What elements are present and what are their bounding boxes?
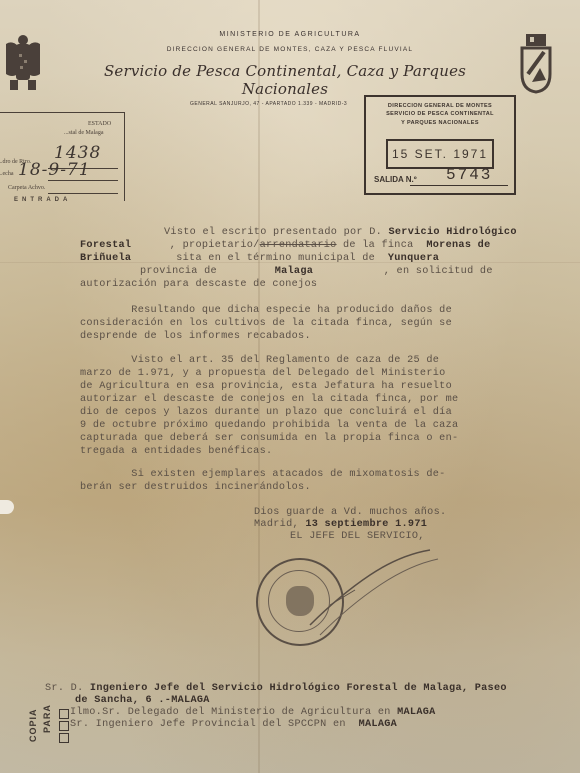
body-line: Resultando que dicha especie ha producid… [80, 305, 452, 316]
body-line: tregada a entidades benéficas. [80, 446, 272, 457]
recipient-line: Sr. D. Ingeniero Jefe del Servicio Hidro… [45, 683, 507, 694]
directorate-heading: DIRECCION GENERAL DE MONTES, CAZA Y PESC… [0, 46, 580, 53]
signature-scribble [300, 545, 440, 645]
body-line: de Agricultura en esa provincia, esta Je… [80, 381, 452, 392]
exit-stamp-line1: DIRECCION GENERAL DE MONTES [366, 103, 514, 109]
exit-stamp-line3: Y PARQUES NACIONALES [366, 120, 514, 126]
exit-stamp-salida-label: SALIDA N.º [374, 175, 417, 184]
body-line: Si existen ejemplares atacados de mixoma… [80, 469, 446, 480]
body-line: autorizar el descaste de conejos en la c… [80, 394, 458, 405]
ministry-heading: MINISTERIO DE AGRICULTURA [0, 31, 580, 38]
cc-line: Sr. Ingeniero Jefe Provincial del SPCCPN… [70, 719, 397, 730]
copy-label: COPIA [28, 708, 38, 742]
body-line: dio de cepos y lazos durante un plazo qu… [80, 407, 452, 418]
service-heading: Servicio de Pesca Continental, Caza y Pa… [70, 62, 500, 98]
entry-stamp-date-label: ...echa [0, 171, 14, 177]
closing-date-line: Madrid, 13 septiembre 1.971 [254, 519, 427, 530]
body-line: Visto el art. 35 del Reglamento de caza … [80, 355, 439, 366]
body-line: marzo de 1.971, y a propuesta del Delega… [80, 368, 446, 379]
body-line: Forestal , propietario/arrendatario de l… [80, 240, 491, 251]
entry-stamp-folder-label: Carpeta Achvo. [8, 185, 45, 191]
exit-stamp-line2: SERVICIO DE PESCA CONTINENTAL [366, 111, 514, 117]
body-line: berán ser destruidos incinerándolos. [80, 482, 311, 493]
exit-stamp-number: 5743 [446, 166, 492, 184]
cc-checkbox[interactable] [59, 721, 69, 731]
entry-stamp-header: ESTADO [88, 121, 111, 127]
cc-checkbox[interactable] [59, 733, 69, 743]
body-line: autorización para descaste de conejos [80, 279, 317, 290]
closing-greeting: Dios guarde a Vd. muchos años. [254, 507, 446, 518]
body-line: capturada que deberá ser consumida en la… [80, 433, 458, 444]
body-line: desprende de los informes recabados. [80, 331, 311, 342]
body-line: Visto el escrito presentado por D. Servi… [80, 227, 517, 238]
exit-registry-stamp: DIRECCION GENERAL DE MONTES SERVICIO DE … [364, 95, 516, 195]
body-line: Briñuela sita en el término municipal de… [80, 253, 439, 264]
body-line: provincia de Malaga , en solicitud de [140, 266, 493, 277]
copy-to-label: PARA [42, 704, 52, 733]
exit-stamp-date: 15 SET. 1971 [386, 139, 494, 169]
eagle-coat-of-arms-icon [2, 34, 44, 92]
entry-stamp-footer: ENTRADA [14, 197, 71, 203]
closing-signer: EL JEFE DEL SERVICIO, [290, 531, 425, 542]
recipient-line: de Sancha, 6 .-MALAGA [75, 695, 210, 706]
icona-shield-icon [518, 32, 554, 94]
cc-line: Ilmo.Sr. Delegado del Ministerio de Agri… [70, 707, 436, 718]
body-line: 9 de octubre próximo quedando prohibida … [80, 420, 458, 431]
cc-checkbox[interactable] [59, 709, 69, 719]
entry-stamp-date: 18-9-71 [18, 160, 91, 180]
punch-hole [0, 500, 14, 514]
body-line: consideración en los cultivos de la cita… [80, 318, 452, 329]
entry-registry-stamp: ESTADO ...stal de Malaga ...dro de Rtro.… [0, 112, 125, 201]
entry-stamp-office: ...stal de Malaga [64, 130, 104, 136]
letterhead-address: GENERAL SANJURJO, 47 - APARTADO 1.339 - … [190, 101, 347, 107]
